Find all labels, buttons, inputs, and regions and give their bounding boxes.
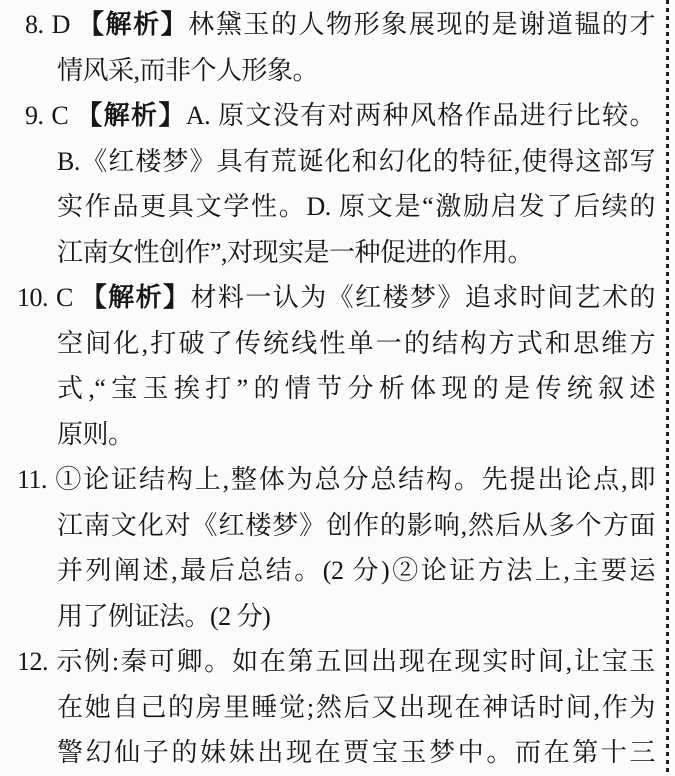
answer-text-line: 空间化,打破了传统线性单一的结构方式和思维方 (0, 321, 655, 367)
answer-item-12: 12. 示例:秦可卿。如在第五回出现在现实时间,让宝玉在她自己的房里睡觉;然后又… (0, 639, 655, 776)
answer-text-line: 警幻仙子的妹妹出现在贾宝玉梦中。而在第十三 (0, 730, 655, 776)
answer-item-9: 9. C 【解析】A. 原文没有对两种风格作品进行比较。B.《红楼梦》具有荒诞化… (0, 93, 655, 275)
answer-item-11: 11. ①论证结构上,整体为总分总结构。先提出论点,即江南文化对《红楼梦》创作的… (0, 457, 655, 639)
answer-text-segment: 并列阐述,最后总结。(2 分)②论证方法上,主要运 (57, 556, 655, 585)
answer-text-segment: 材料一认为《红楼梦》追求时间艺术的 (190, 283, 655, 312)
answer-key-page: 8. D 【解析】林黛玉的人物形象展现的是谢道韫的才情风采,而非个人形象。9. … (0, 0, 675, 776)
answer-text-segment: 在她自己的房里睡觉;然后又出现在神话时间,作为 (57, 693, 655, 722)
answer-text-segment: 空间化,打破了传统线性单一的结构方式和思维方 (57, 329, 655, 358)
answer-text-line: 式,“宝玉挨打”的情节分析体现的是传统叙述 (0, 366, 655, 412)
answer-text-line: 江南女性创作”,对现实是一种促进的作用。 (0, 230, 655, 276)
answer-text-line: 8. D 【解析】林黛玉的人物形象展现的是谢道韫的才 (0, 2, 655, 48)
answer-text-segment: 12. 示例:秦可卿。如在第五回出现在现实时间,让宝玉 (17, 647, 655, 676)
analysis-marker-label: 【解析】 (78, 10, 188, 39)
answer-text-segment: 警幻仙子的妹妹出现在贾宝玉梦中。而在第十三 (57, 738, 655, 767)
answer-text-segment: 8. D (25, 10, 78, 39)
answer-text-line: 11. ①论证结构上,整体为总分总结构。先提出论点,即 (0, 457, 655, 503)
answer-text-line: 12. 示例:秦可卿。如在第五回出现在现实时间,让宝玉 (0, 639, 655, 685)
analysis-marker-label: 【解析】 (76, 101, 186, 130)
answer-text-segment: 11. ①论证结构上,整体为总分总结构。先提出论点,即 (17, 465, 655, 494)
answer-text-segment: B.《红楼梦》具有荒诞化和幻化的特征,使得这部写 (57, 147, 655, 176)
answer-text-line: 并列阐述,最后总结。(2 分)②论证方法上,主要运 (0, 548, 655, 594)
answer-text-segment: 江南女性创作”,对现实是一种促进的作用。 (57, 238, 533, 267)
answer-text-line: B.《红楼梦》具有荒诞化和幻化的特征,使得这部写 (0, 139, 655, 185)
answer-text-segment: 9. C (25, 101, 76, 130)
answer-item-8: 8. D 【解析】林黛玉的人物形象展现的是谢道韫的才情风采,而非个人形象。 (0, 2, 655, 93)
answer-text-segment: A. 原文没有对两种风格作品进行比较。 (186, 101, 655, 130)
answer-text-segment: 用了例证法。(2 分) (57, 602, 270, 631)
answer-text-segment: 原则。 (57, 420, 134, 449)
answer-list: 8. D 【解析】林黛玉的人物形象展现的是谢道韫的才情风采,而非个人形象。9. … (0, 2, 655, 776)
answer-text-line: 情风采,而非个人形象。 (0, 48, 655, 94)
page-edge-dashed-line (666, 0, 669, 776)
answer-text-line: 原则。 (0, 412, 655, 458)
answer-text-segment: 情风采,而非个人形象。 (57, 56, 318, 85)
answer-text-segment: 实作品更具文学性。D. 原文是“激励启发了后续的 (57, 192, 655, 221)
answer-text-line: 9. C 【解析】A. 原文没有对两种风格作品进行比较。 (0, 93, 655, 139)
answer-text-line: 江南文化对《红楼梦》创作的影响,然后从多个方面 (0, 503, 655, 549)
answer-text-segment: 江南文化对《红楼梦》创作的影响,然后从多个方面 (57, 511, 655, 540)
answer-text-line: 用了例证法。(2 分) (0, 594, 655, 640)
answer-text-segment: 林黛玉的人物形象展现的是谢道韫的才 (188, 10, 655, 39)
answer-text-line: 实作品更具文学性。D. 原文是“激励启发了后续的 (0, 184, 655, 230)
answer-text-segment: 式,“宝玉挨打”的情节分析体现的是传统叙述 (57, 374, 655, 403)
answer-item-10: 10. C 【解析】材料一认为《红楼梦》追求时间艺术的空间化,打破了传统线性单一… (0, 275, 655, 457)
analysis-marker-label: 【解析】 (81, 283, 191, 312)
answer-text-line: 10. C 【解析】材料一认为《红楼梦》追求时间艺术的 (0, 275, 655, 321)
answer-text-segment: 10. C (17, 283, 81, 312)
answer-text-line: 在她自己的房里睡觉;然后又出现在神话时间,作为 (0, 685, 655, 731)
